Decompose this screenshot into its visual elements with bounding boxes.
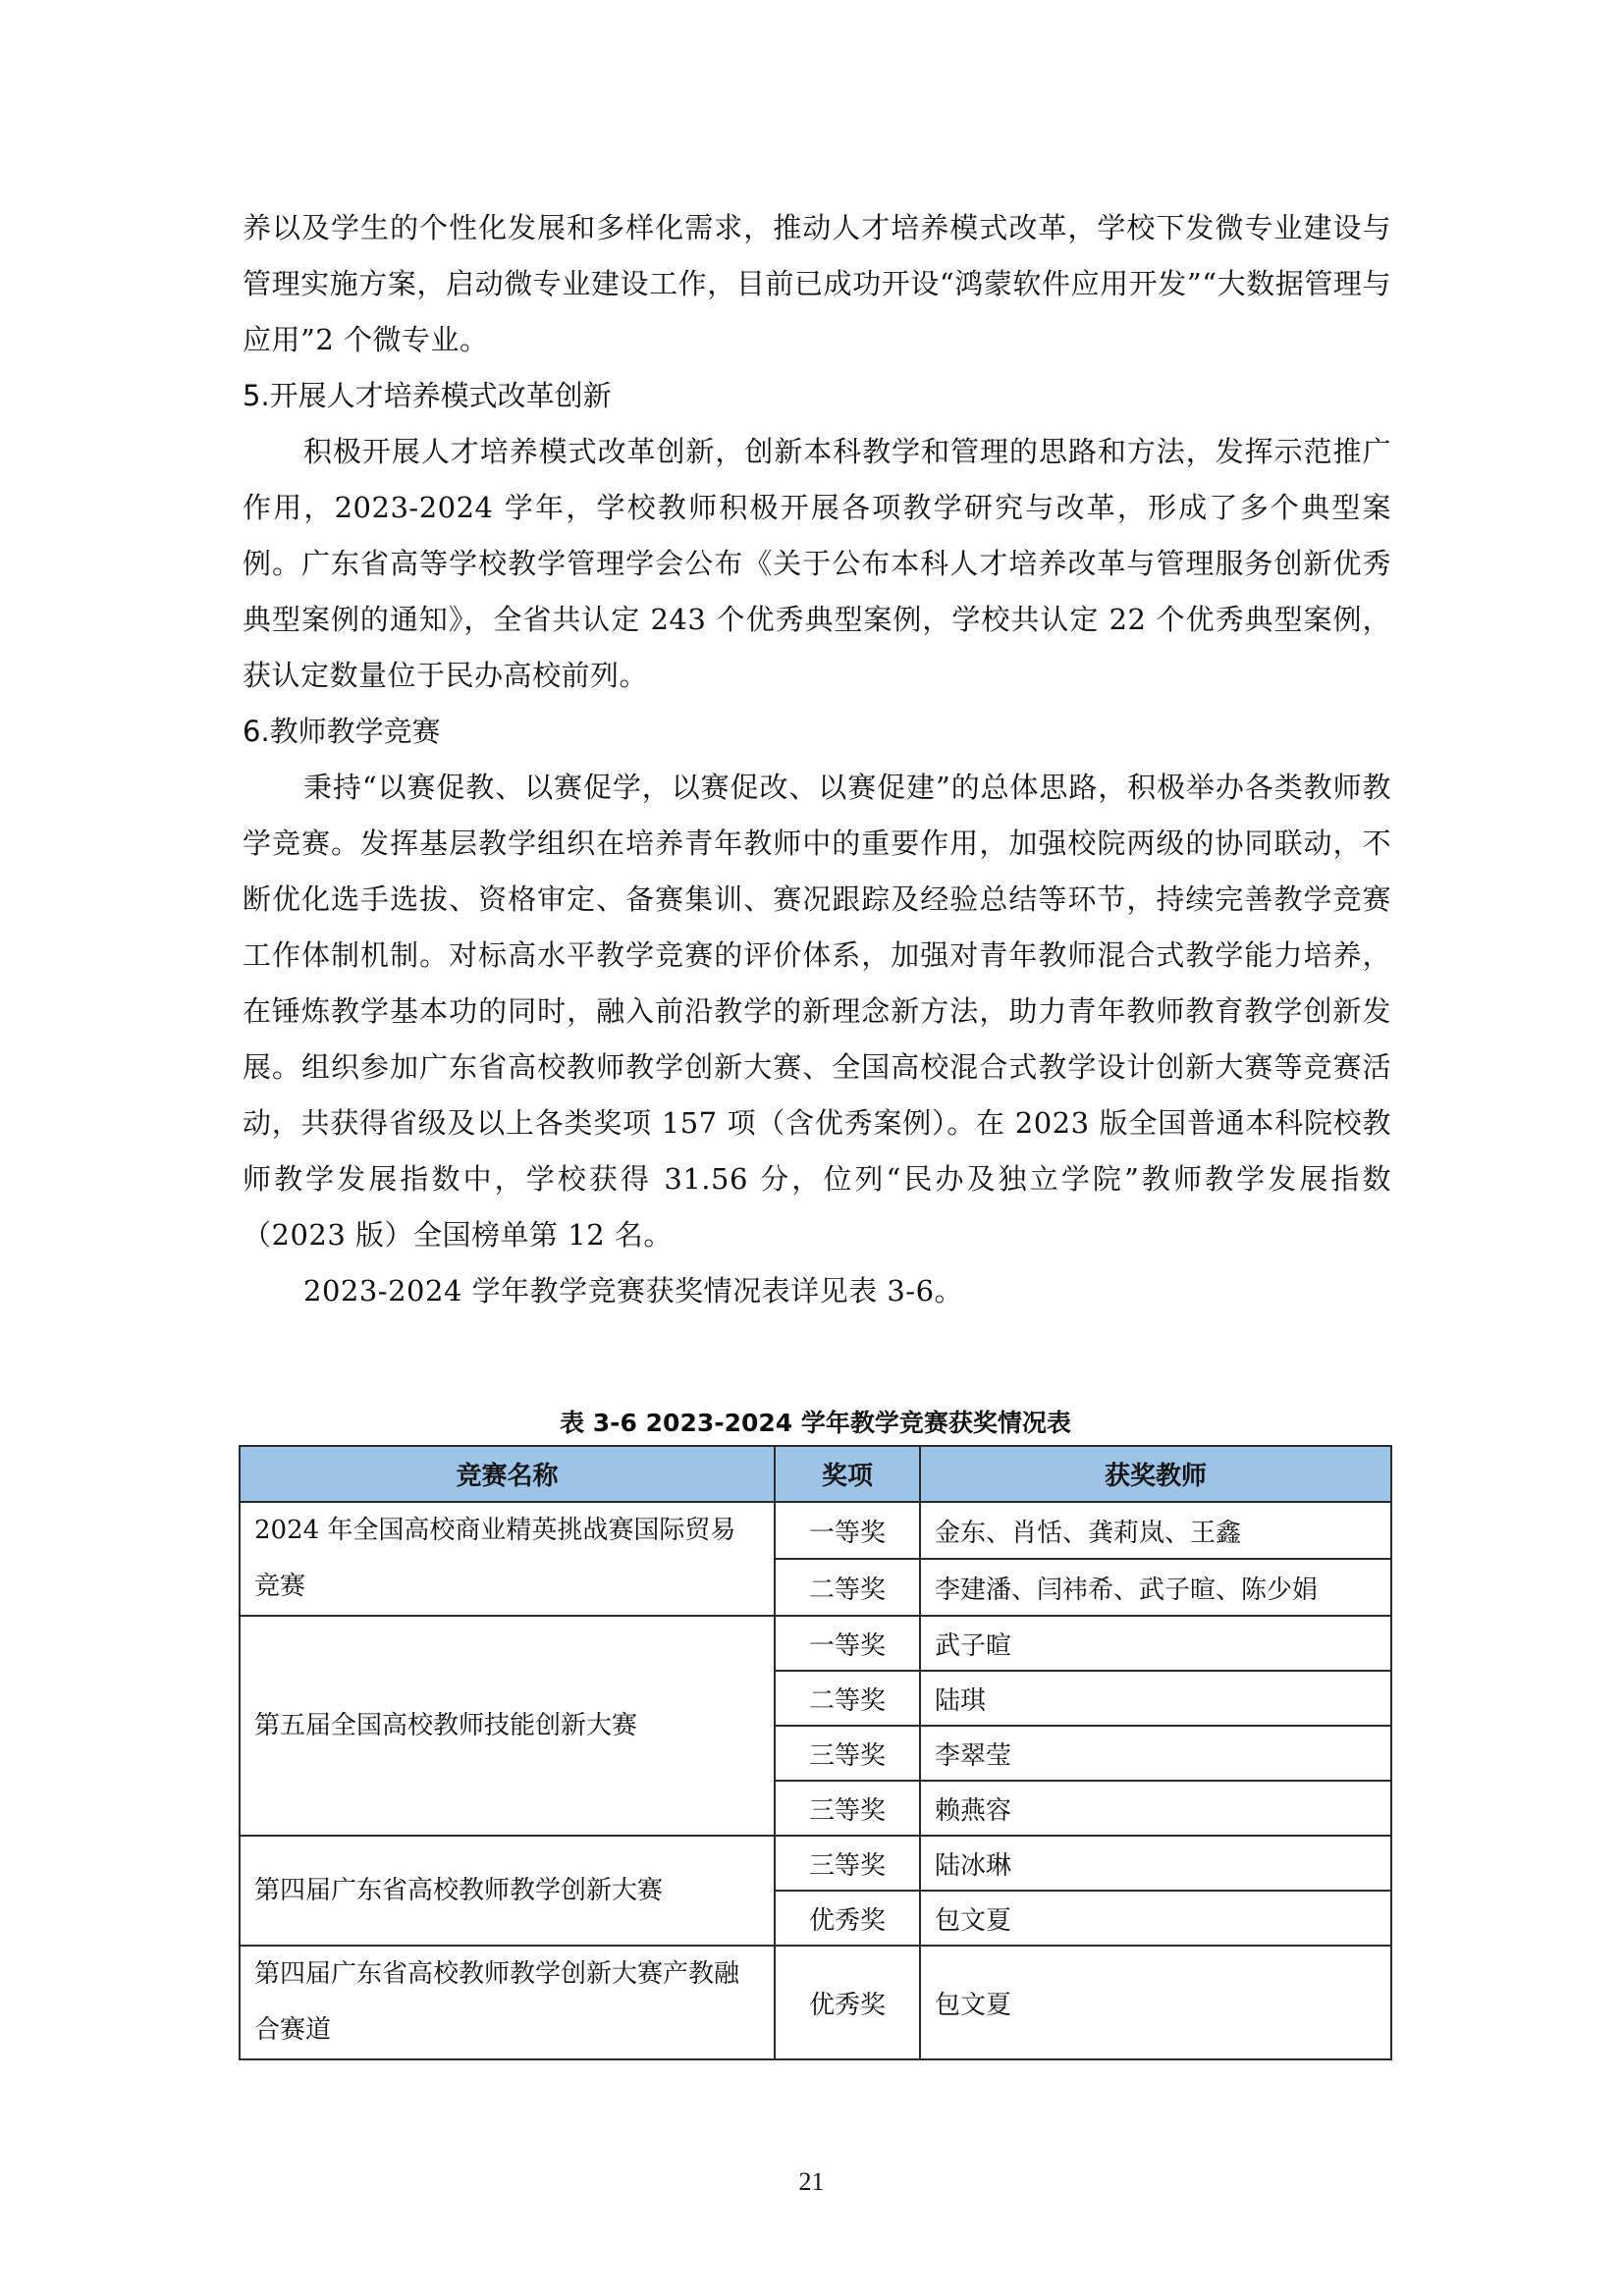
- paragraph-micro-majors: 养以及学生的个性化发展和多样化需求，推动人才培养模式改革，学校下发微专业建设与管…: [243, 200, 1391, 368]
- table-row: 第四届广东省高校教师教学创新大赛 三等奖 陆冰琳: [240, 1836, 1391, 1891]
- award-level: 一等奖: [775, 1502, 920, 1559]
- body-text: 养以及学生的个性化发展和多样化需求，推动人才培养模式改革，学校下发微专业建设与管…: [243, 200, 1391, 1319]
- competition-name: 第四届广东省高校教师教学创新大赛: [240, 1836, 775, 1946]
- table-row: 第五届全国高校教师技能创新大赛 一等奖 武子暄: [240, 1616, 1391, 1671]
- section-heading-6: 6.教师教学竞赛: [243, 704, 1391, 760]
- award-teachers: 金东、肖恬、龚莉岚、王鑫: [920, 1502, 1391, 1559]
- award-teachers: 赖燕容: [920, 1781, 1391, 1836]
- competition-name: 第五届全国高校教师技能创新大赛: [240, 1616, 775, 1836]
- header-teachers: 获奖教师: [920, 1446, 1391, 1502]
- award-level: 三等奖: [775, 1726, 920, 1781]
- page-number: 21: [0, 2167, 1623, 2197]
- table-caption: 表 3-6 2023-2024 学年教学竞赛获奖情况表: [239, 1404, 1392, 1443]
- award-level: 二等奖: [775, 1671, 920, 1726]
- table-row: 2024 年全国高校商业精英挑战赛国际贸易竞赛 一等奖 金东、肖恬、龚莉岚、王鑫: [240, 1502, 1391, 1559]
- awards-table: 竞赛名称 奖项 获奖教师 2024 年全国高校商业精英挑战赛国际贸易竞赛 一等奖…: [239, 1445, 1392, 2060]
- section-heading-5: 5.开展人才培养模式改革创新: [243, 368, 1391, 424]
- award-teachers: 陆琪: [920, 1671, 1391, 1726]
- competition-name: 2024 年全国高校商业精英挑战赛国际贸易竞赛: [240, 1502, 775, 1616]
- award-level: 三等奖: [775, 1781, 920, 1836]
- paragraph-teaching-competition: 秉持“以赛促教、以赛促学，以赛促改、以赛促建”的总体思路，积极举办各类教师教学竞…: [243, 760, 1391, 1263]
- competition-name: 第四届广东省高校教师教学创新大赛产教融合赛道: [240, 1946, 775, 2059]
- table-header-row: 竞赛名称 奖项 获奖教师: [240, 1446, 1391, 1502]
- award-teachers: 武子暄: [920, 1616, 1391, 1671]
- award-teachers: 包文夏: [920, 1891, 1391, 1946]
- header-competition: 竞赛名称: [240, 1446, 775, 1502]
- award-level: 三等奖: [775, 1836, 920, 1891]
- award-level: 二等奖: [775, 1559, 920, 1616]
- award-teachers: 李建潘、闫祎希、武子暄、陈少娟: [920, 1559, 1391, 1616]
- award-teachers: 陆冰琳: [920, 1836, 1391, 1891]
- paragraph-table-reference: 2023-2024 学年教学竞赛获奖情况表详见表 3-6。: [243, 1263, 1391, 1319]
- paragraph-reform-innovation: 积极开展人才培养模式改革创新，创新本科教学和管理的思路和方法，发挥示范推广作用，…: [243, 424, 1391, 704]
- award-level: 一等奖: [775, 1616, 920, 1671]
- award-teachers: 李翠莹: [920, 1726, 1391, 1781]
- document-page: 养以及学生的个性化发展和多样化需求，推动人才培养模式改革，学校下发微专业建设与管…: [0, 0, 1623, 2296]
- award-teachers: 包文夏: [920, 1946, 1391, 2059]
- award-level: 优秀奖: [775, 1946, 920, 2059]
- award-level: 优秀奖: [775, 1891, 920, 1946]
- table-row: 第四届广东省高校教师教学创新大赛产教融合赛道 优秀奖 包文夏: [240, 1946, 1391, 2059]
- header-award: 奖项: [775, 1446, 920, 1502]
